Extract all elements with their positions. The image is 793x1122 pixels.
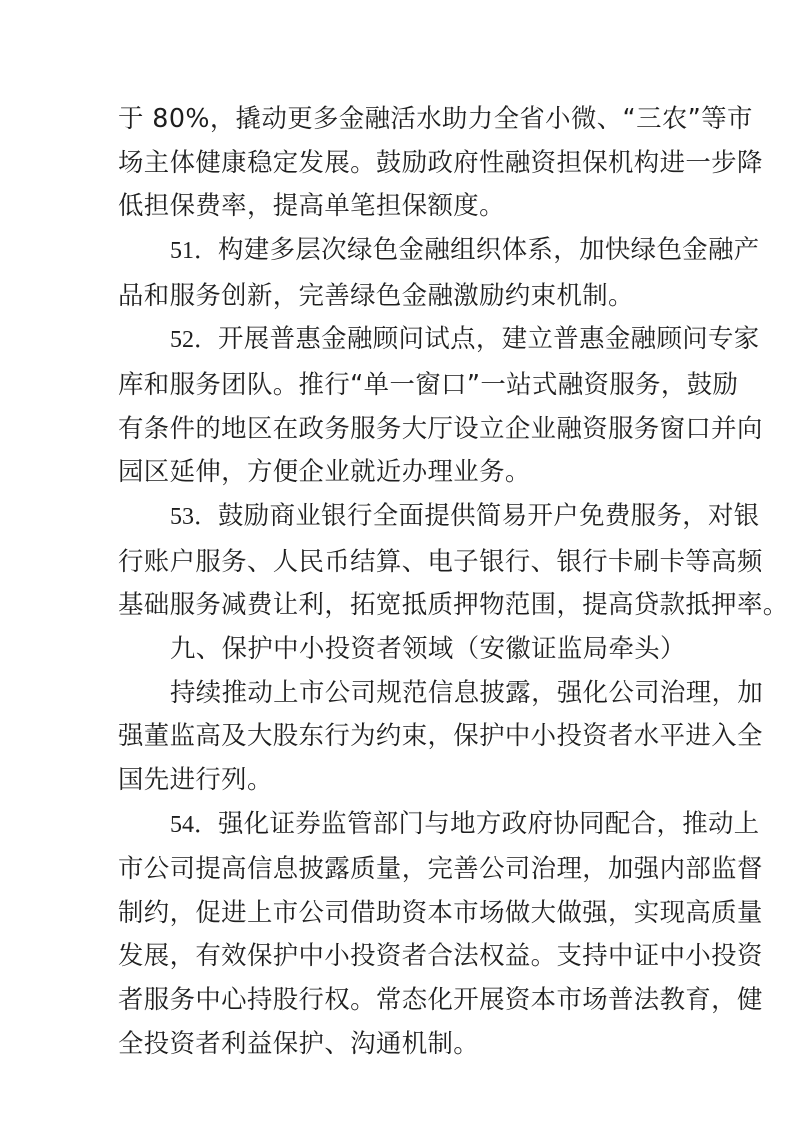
text-line: 国先进行列。 (118, 758, 676, 802)
text-line: 54．强化证券监管部门与地方政府协同配合，推动上 (118, 802, 676, 848)
section-heading-9: 九、保护中小投资者领域（安徽证监局牵头） (118, 627, 676, 671)
text-line: 市公司提高信息披露质量，完善公司治理，加强内部监督 (118, 847, 676, 891)
item-number: 51． (170, 238, 218, 264)
paragraph-item-53: 53．鼓励商业银行全面提供简易开户免费服务，对银 行账户服务、人民币结算、电子银… (118, 494, 676, 627)
text-line: 制约，促进上市公司借助资本市场做大做强，实现高质量 (118, 891, 676, 935)
item-number: 54． (170, 812, 218, 838)
paragraph-section-9-intro: 持续推动上市公司规范信息披露，强化公司治理，加 强董监高及大股东行为约束，保护中… (118, 671, 676, 802)
text-line: 场主体健康稳定发展。鼓励政府性融资担保机构进一步降 (118, 141, 676, 185)
text-line: 品和服务创新，完善绿色金融激励约束机制。 (118, 274, 676, 318)
text-line: 全投资者利益保护、沟通机制。 (118, 1022, 676, 1066)
text-line: 持续推动上市公司规范信息披露，强化公司治理，加 (118, 671, 676, 715)
paragraph-item-51: 51．构建多层次绿色金融组织体系，加快绿色金融产 品和服务创新，完善绿色金融激励… (118, 228, 676, 317)
text-line-content: 强化证券监管部门与地方政府协同配合，推动上 (218, 808, 760, 838)
text-line: 53．鼓励商业银行全面提供简易开户免费服务，对银 (118, 494, 676, 540)
text-line-content: 构建多层次绿色金融组织体系，加快绿色金融产 (218, 234, 760, 264)
paragraph-continuation: 于 80%，撬动更多金融活水助力全省小微、“三农”等市 场主体健康稳定发展。鼓励… (118, 97, 676, 228)
text-line: 低担保费率，提高单笔担保额度。 (118, 184, 676, 228)
text-line: 者服务中心持股行权。常态化开展资本市场普法教育，健 (118, 978, 676, 1022)
text-line: 基础服务减费让利，拓宽抵质押物范围，提高贷款抵押率。 (118, 583, 676, 627)
text-line-content: 开展普惠金融顾问试点，建立普惠金融顾问专家 (218, 323, 760, 353)
text-line: 行账户服务、人民币结算、电子银行、银行卡刷卡等高频 (118, 540, 676, 584)
item-number: 52． (170, 327, 218, 353)
text-line: 强董监高及大股东行为约束，保护中小投资者水平进入全 (118, 714, 676, 758)
section-heading-text: 九、保护中小投资者领域（安徽证监局牵头） (118, 627, 676, 671)
text-line: 于 80%，撬动更多金融活水助力全省小微、“三农”等市 (118, 97, 676, 141)
text-line-content: 鼓励商业银行全面提供简易开户免费服务，对银 (218, 500, 760, 530)
paragraph-item-54: 54．强化证券监管部门与地方政府协同配合，推动上 市公司提高信息披露质量，完善公… (118, 802, 676, 1066)
text-line: 有条件的地区在政务服务大厅设立企业融资服务窗口并向 (118, 407, 676, 451)
text-line: 园区延伸，方便企业就近办理业务。 (118, 450, 676, 494)
text-line: 发展，有效保护中小投资者合法权益。支持中证中小投资 (118, 934, 676, 978)
text-line: 52．开展普惠金融顾问试点，建立普惠金融顾问专家 (118, 317, 676, 363)
text-line: 51．构建多层次绿色金融组织体系，加快绿色金融产 (118, 228, 676, 274)
text-line: 库和服务团队。推行“单一窗口”一站式融资服务，鼓励 (118, 363, 676, 407)
paragraph-item-52: 52．开展普惠金融顾问试点，建立普惠金融顾问专家 库和服务团队。推行“单一窗口”… (118, 317, 676, 494)
item-number: 53． (170, 504, 218, 530)
document-page: 于 80%，撬动更多金融活水助力全省小微、“三农”等市 场主体健康稳定发展。鼓励… (118, 97, 676, 1065)
